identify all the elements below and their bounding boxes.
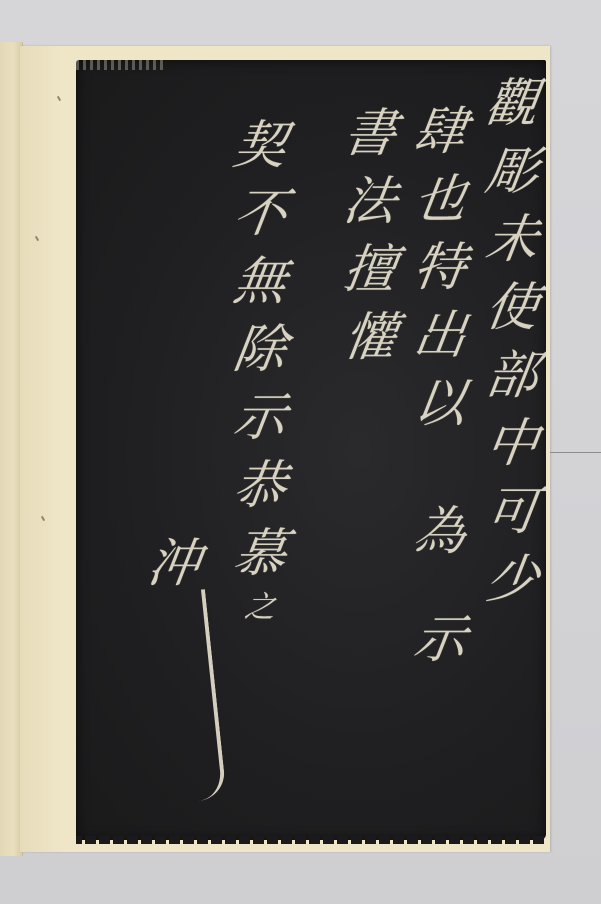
calligraphy-char: 未 <box>481 206 543 274</box>
calligraphy-char: 以 <box>409 370 471 438</box>
calligraphy-column-3: 書 法 擅 懽 <box>344 100 396 372</box>
calligraphy-char: 契 <box>229 112 291 180</box>
calligraphy-char: 之 <box>242 588 278 628</box>
ragged-edge <box>76 836 546 844</box>
signature-char: 沖 <box>143 530 205 598</box>
calligraphy-char: 慕 <box>229 520 291 588</box>
worn-edge <box>76 60 166 70</box>
calligraphy-char: 也 <box>409 166 471 234</box>
calligraphy-char: 觀 <box>481 70 543 138</box>
calligraphy-char: 少 <box>481 546 543 614</box>
paper-speck <box>35 236 39 241</box>
calligraphy-char: 肆 <box>409 98 471 166</box>
calligraphy-char: 恭 <box>229 452 291 520</box>
calligraphy-char: 示 <box>409 606 471 674</box>
calligraphy-char: 出 <box>409 302 471 370</box>
calligraphy-char: 部 <box>481 342 543 410</box>
calligraphy-column-1: 觀 彫 未 使 部 中 可 少 <box>486 70 538 614</box>
calligraphy-char: 懽 <box>339 304 401 372</box>
calligraphy-char: 書 <box>339 100 401 168</box>
paper-speck <box>41 516 45 521</box>
calligraphy-char: 法 <box>339 168 401 236</box>
calligraphy-char: 可 <box>481 478 543 546</box>
calligraphy-column-2: 肆 也 特 出 以 為 示 <box>414 98 466 674</box>
calligraphy-char: 擅 <box>339 236 401 304</box>
calligraphy-char: 特 <box>409 234 471 302</box>
calligraphy-char: 使 <box>481 274 543 342</box>
calligraphy-char: 為 <box>409 498 471 566</box>
calligraphy-char: 不 <box>229 180 291 248</box>
calligraphy-column-4: 契 不 無 除 示 恭 慕 之 <box>234 112 286 628</box>
ink-rubbing: 觀 彫 未 使 部 中 可 少 肆 也 特 出 以 為 示 書 法 擅 懽 契 … <box>76 60 546 840</box>
calligraphy-column-5-signature: 沖 <box>148 530 200 598</box>
calligraphy-char: 無 <box>229 248 291 316</box>
signature-trailing-stroke <box>177 589 227 801</box>
table-seam <box>550 452 601 453</box>
calligraphy-char: 示 <box>229 384 291 452</box>
calligraphy-char: 除 <box>229 316 291 384</box>
calligraphy-char: 彫 <box>481 138 543 206</box>
calligraphy-char: 中 <box>481 410 543 478</box>
paper-speck <box>57 96 61 101</box>
